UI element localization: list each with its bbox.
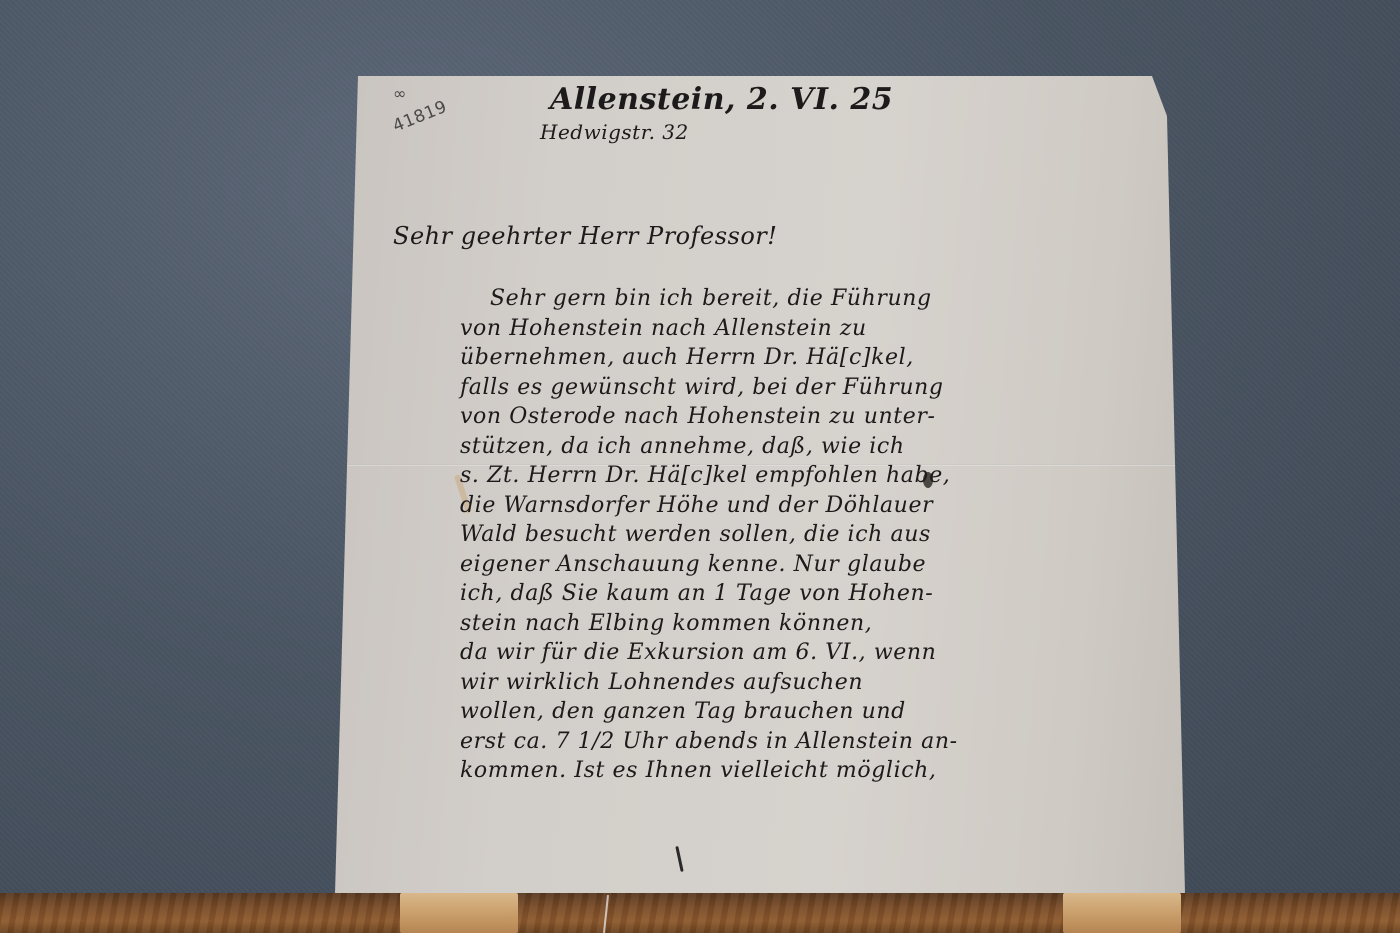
pen-stroke-mark xyxy=(675,846,683,872)
body-line: wir wirklich Lohnendes aufsuchen xyxy=(460,668,1170,698)
easel-peg-left xyxy=(400,893,518,933)
letter-salutation: Sehr geehrter Herr Professor! xyxy=(393,222,777,250)
body-line: eigener Anschauung kenne. Nur glaube xyxy=(460,550,1170,580)
body-line: übernehmen, auch Herrn Dr. Hä[c]kel, xyxy=(460,343,1170,373)
letter-page: ∞ 41819 Allenstein, 2. VI. 25 Hedwigstr.… xyxy=(335,76,1195,894)
body-line: falls es gewünscht wird, bei der Führung xyxy=(460,373,1170,403)
letter-place-date: Allenstein, 2. VI. 25 xyxy=(550,82,893,117)
body-line: von Hohenstein nach Allenstein zu xyxy=(460,314,1170,344)
body-line: s. Zt. Herrn Dr. Hä[c]kel empfohlen habe… xyxy=(460,461,1170,491)
archive-mark: ∞ xyxy=(393,84,407,103)
easel-peg-right xyxy=(1063,893,1181,933)
body-line: von Osterode nach Hohenstein zu unter- xyxy=(460,402,1170,432)
body-line: kommen. Ist es Ihnen vielleicht möglich, xyxy=(460,756,1170,786)
easel-shelf xyxy=(0,893,1400,933)
body-line: stützen, da ich annehme, daß, wie ich xyxy=(460,432,1170,462)
body-line: die Warnsdorfer Höhe und der Döhlauer xyxy=(460,491,1170,521)
body-line: Sehr gern bin ich bereit, die Führung xyxy=(460,284,1170,314)
body-line: Wald besucht werden sollen, die ich aus xyxy=(460,520,1170,550)
body-line: ich, daß Sie kaum an 1 Tage von Hohen- xyxy=(460,579,1170,609)
letter-body: Sehr gern bin ich bereit, die Führung vo… xyxy=(460,284,1170,786)
body-line: wollen, den ganzen Tag brauchen und xyxy=(460,697,1170,727)
body-line: stein nach Elbing kommen können, xyxy=(460,609,1170,639)
body-line: da wir für die Exkursion am 6. VI., wenn xyxy=(460,638,1170,668)
body-line: erst ca. 7 1/2 Uhr abends in Allenstein … xyxy=(460,727,1170,757)
letter-address: Hedwigstr. 32 xyxy=(540,120,689,144)
